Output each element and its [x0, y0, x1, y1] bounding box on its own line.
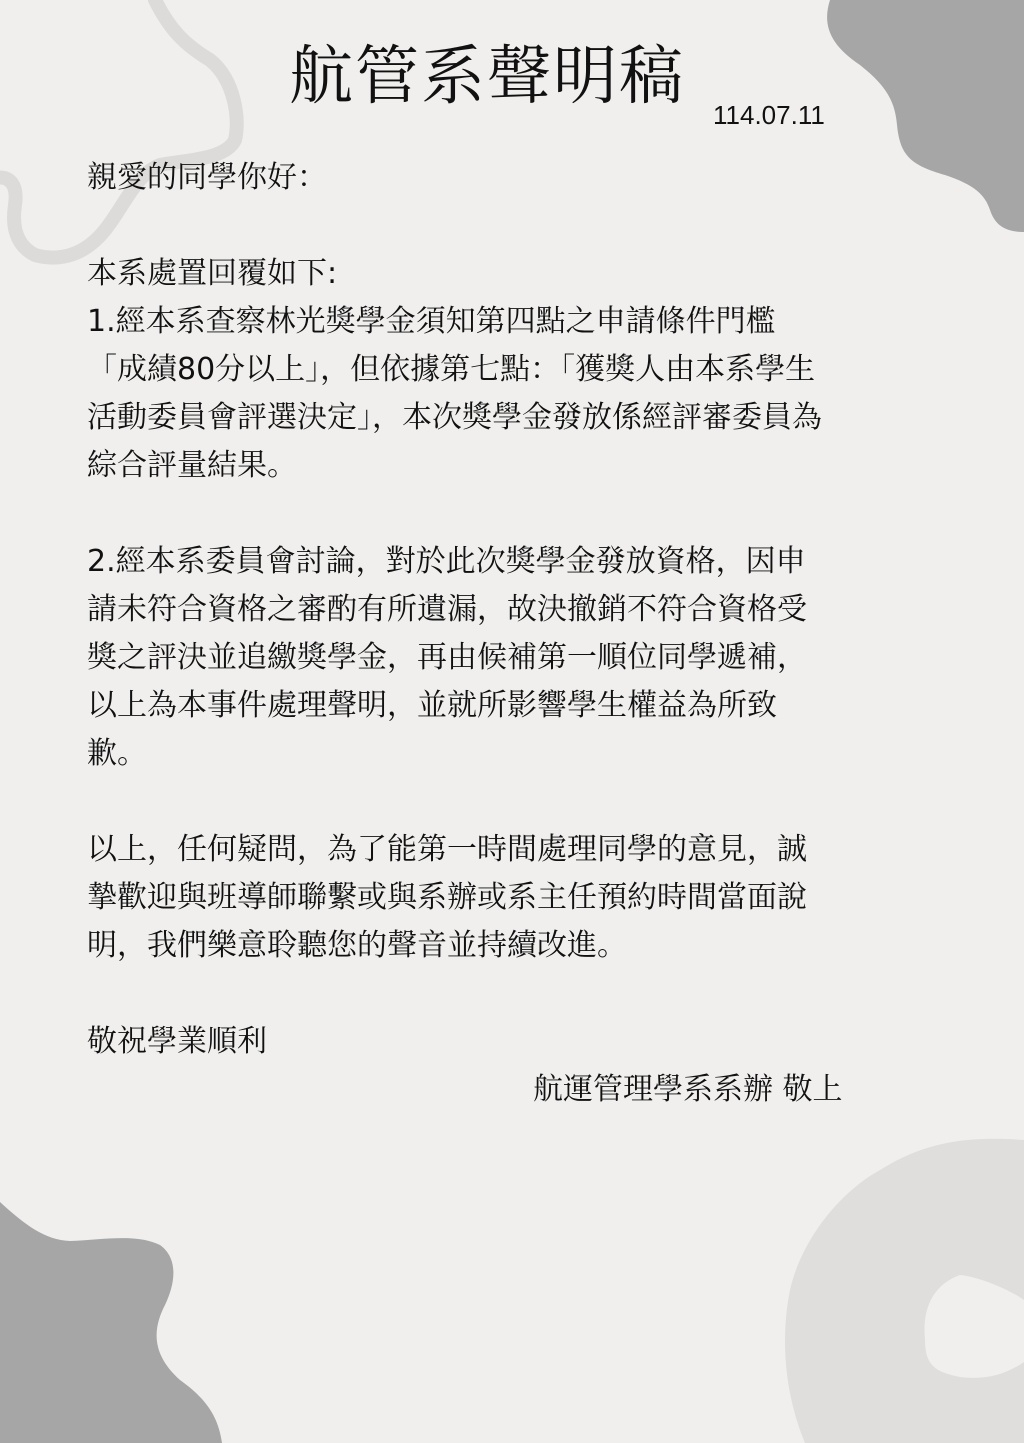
- document-date: 114.07.11: [713, 100, 825, 131]
- statement-item-2: 2.經本系委員會討論，對於此次獎學金發放資格，因申 請未符合資格之審酌有所遺漏，…: [87, 538, 967, 778]
- bottom-left-blob: [0, 1202, 222, 1443]
- page-title: 航管系聲明稿: [0, 32, 1024, 122]
- statement-item-1: 1.經本系查察林光獎學金須知第四點之申請條件門檻 「成績80分以上」，但依據第七…: [87, 298, 967, 490]
- signature: 航運管理學系系辦 敬上: [533, 1066, 843, 1114]
- closing-wish: 敬祝學業順利: [87, 1018, 967, 1066]
- intro-line: 本系處置回覆如下:: [87, 250, 967, 298]
- greeting: 親愛的同學你好：: [87, 154, 967, 202]
- closing-paragraph: 以上，任何疑問，為了能第一時間處理同學的意見，誠 摯歡迎與班導師聯繫或與系辦或系…: [87, 826, 967, 970]
- bottom-right-ring: [785, 1139, 1024, 1443]
